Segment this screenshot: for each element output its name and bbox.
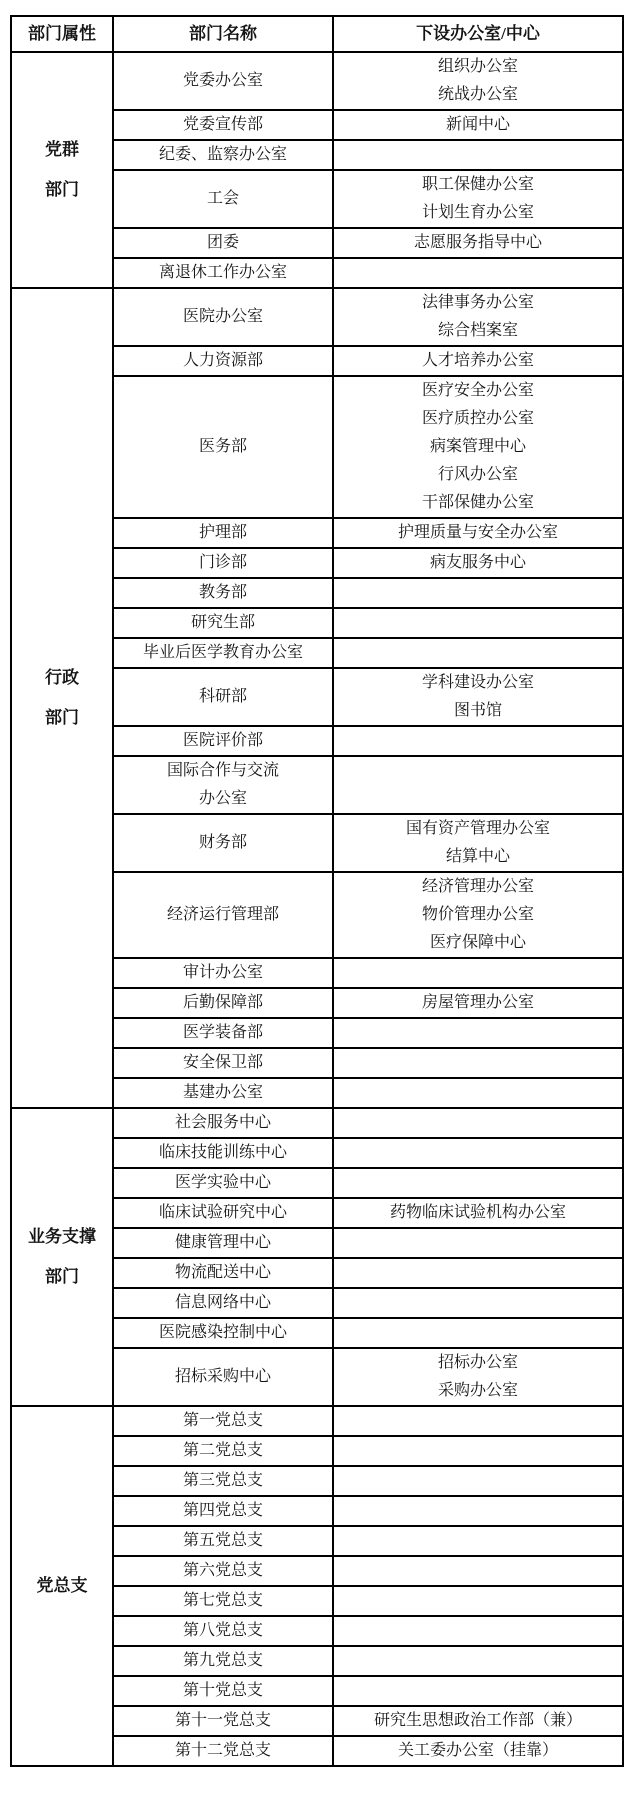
department-name-line: 办公室	[114, 785, 332, 813]
offices-cell	[333, 1466, 623, 1496]
department-name-line: 第二党总支	[114, 1437, 332, 1465]
department-name-cell: 医院评价部	[113, 726, 333, 756]
table-row: 业务支撑部门社会服务中心	[11, 1108, 623, 1138]
office-line: 统战办公室	[334, 81, 622, 109]
department-name-cell: 健康管理中心	[113, 1228, 333, 1258]
department-name-line: 研究生部	[114, 609, 332, 637]
offices-cell: 药物临床试验机构办公室	[333, 1198, 623, 1228]
department-name-line: 审计办公室	[114, 959, 332, 987]
section-attribute-cell: 党总支	[11, 1406, 113, 1766]
department-name-line: 护理部	[114, 519, 332, 547]
department-name-cell: 安全保卫部	[113, 1048, 333, 1078]
section-attribute-cell: 业务支撑部门	[11, 1108, 113, 1406]
offices-cell	[333, 1228, 623, 1258]
department-name-cell: 医学装备部	[113, 1018, 333, 1048]
offices-cell: 研究生思想政治工作部（兼）	[333, 1706, 623, 1736]
office-line: 综合档案室	[334, 317, 622, 345]
offices-cell: 职工保健办公室计划生育办公室	[333, 170, 623, 228]
offices-cell	[333, 1676, 623, 1706]
column-header-name: 部门名称	[113, 16, 333, 52]
department-name-line: 团委	[114, 229, 332, 257]
department-name-line: 招标采购中心	[114, 1363, 332, 1391]
office-line: 人才培养办公室	[334, 347, 622, 375]
department-name-line: 离退休工作办公室	[114, 259, 332, 287]
office-line: 经济管理办公室	[334, 873, 622, 901]
header-row: 部门属性 部门名称 下设办公室/中心	[11, 16, 623, 52]
department-name-line: 基建办公室	[114, 1079, 332, 1107]
offices-cell: 医疗安全办公室医疗质控办公室病案管理中心行风办公室干部保健办公室	[333, 376, 623, 518]
table-body: 党群部门党委办公室组织办公室统战办公室党委宣传部新闻中心纪委、监察办公室工会职工…	[11, 52, 623, 1766]
department-name-line: 信息网络中心	[114, 1289, 332, 1317]
department-name-line: 安全保卫部	[114, 1049, 332, 1077]
department-name-line: 工会	[114, 185, 332, 213]
offices-cell	[333, 1496, 623, 1526]
department-name-cell: 医学实验中心	[113, 1168, 333, 1198]
offices-cell: 新闻中心	[333, 110, 623, 140]
department-name-cell: 审计办公室	[113, 958, 333, 988]
office-line: 药物临床试验机构办公室	[334, 1199, 622, 1227]
offices-cell	[333, 1168, 623, 1198]
department-name-cell: 第八党总支	[113, 1616, 333, 1646]
section-attribute-line: 业务支撑	[12, 1217, 112, 1257]
offices-cell	[333, 140, 623, 170]
office-line: 护理质量与安全办公室	[334, 519, 622, 547]
offices-cell: 招标办公室采购办公室	[333, 1348, 623, 1406]
department-name-cell: 物流配送中心	[113, 1258, 333, 1288]
section-attribute-line: 党总支	[12, 1566, 112, 1606]
department-name-cell: 教务部	[113, 578, 333, 608]
office-line: 学科建设办公室	[334, 669, 622, 697]
table-row: 党总支第一党总支	[11, 1406, 623, 1436]
department-name-line: 教务部	[114, 579, 332, 607]
department-name-cell: 第五党总支	[113, 1526, 333, 1556]
section-attribute-line: 行政	[12, 658, 112, 698]
department-name-line: 物流配送中心	[114, 1259, 332, 1287]
offices-cell	[333, 1258, 623, 1288]
offices-cell	[333, 1288, 623, 1318]
department-name-cell: 第一党总支	[113, 1406, 333, 1436]
offices-cell	[333, 578, 623, 608]
offices-cell: 关工委办公室（挂靠）	[333, 1736, 623, 1766]
department-name-line: 第六党总支	[114, 1557, 332, 1585]
department-name-cell: 第三党总支	[113, 1466, 333, 1496]
office-line: 志愿服务指导中心	[334, 229, 622, 257]
offices-cell	[333, 608, 623, 638]
department-name-cell: 医院办公室	[113, 288, 333, 346]
offices-cell	[333, 1048, 623, 1078]
section-attribute-line: 部门	[12, 170, 112, 210]
department-name-line: 纪委、监察办公室	[114, 141, 332, 169]
column-header-offices: 下设办公室/中心	[333, 16, 623, 52]
offices-cell	[333, 1018, 623, 1048]
department-name-line: 人力资源部	[114, 347, 332, 375]
department-name-cell: 第六党总支	[113, 1556, 333, 1586]
department-name-line: 第三党总支	[114, 1467, 332, 1495]
offices-cell	[333, 1526, 623, 1556]
department-name-cell: 后勤保障部	[113, 988, 333, 1018]
department-name-cell: 招标采购中心	[113, 1348, 333, 1406]
office-line: 结算中心	[334, 843, 622, 871]
document-page: 部门属性 部门名称 下设办公室/中心 党群部门党委办公室组织办公室统战办公室党委…	[0, 0, 632, 1803]
department-name-cell: 临床技能训练中心	[113, 1138, 333, 1168]
department-name-line: 第一党总支	[114, 1407, 332, 1435]
offices-cell	[333, 1586, 623, 1616]
department-name-cell: 社会服务中心	[113, 1108, 333, 1138]
table-row: 党群部门党委办公室组织办公室统战办公室	[11, 52, 623, 110]
department-name-line: 第十党总支	[114, 1677, 332, 1705]
office-line: 行风办公室	[334, 461, 622, 489]
office-line: 病案管理中心	[334, 433, 622, 461]
department-name-cell: 第十二党总支	[113, 1736, 333, 1766]
office-line: 计划生育办公室	[334, 199, 622, 227]
offices-cell	[333, 756, 623, 814]
offices-cell	[333, 726, 623, 756]
department-name-cell: 医院感染控制中心	[113, 1318, 333, 1348]
department-name-line: 医院办公室	[114, 303, 332, 331]
office-line: 医疗保障中心	[334, 929, 622, 957]
section-attribute-line: 部门	[12, 698, 112, 738]
department-name-line: 门诊部	[114, 549, 332, 577]
department-name-line: 党委办公室	[114, 67, 332, 95]
department-name-line: 第四党总支	[114, 1497, 332, 1525]
department-name-cell: 医务部	[113, 376, 333, 518]
department-name-line: 第十二党总支	[114, 1737, 332, 1765]
department-name-line: 临床试验研究中心	[114, 1199, 332, 1227]
department-name-cell: 门诊部	[113, 548, 333, 578]
department-name-cell: 基建办公室	[113, 1078, 333, 1108]
department-name-cell: 信息网络中心	[113, 1288, 333, 1318]
office-line: 法律事务办公室	[334, 289, 622, 317]
offices-cell	[333, 1616, 623, 1646]
department-name-cell: 党委宣传部	[113, 110, 333, 140]
department-name-line: 健康管理中心	[114, 1229, 332, 1257]
office-line: 招标办公室	[334, 1349, 622, 1377]
department-name-cell: 党委办公室	[113, 52, 333, 110]
department-name-cell: 纪委、监察办公室	[113, 140, 333, 170]
office-line: 研究生思想政治工作部（兼）	[334, 1707, 622, 1735]
department-name-cell: 工会	[113, 170, 333, 228]
section-attribute-line: 部门	[12, 1257, 112, 1297]
department-name-cell: 人力资源部	[113, 346, 333, 376]
offices-cell	[333, 638, 623, 668]
department-name-line: 国际合作与交流	[114, 757, 332, 785]
department-name-cell: 第四党总支	[113, 1496, 333, 1526]
department-name-line: 医学装备部	[114, 1019, 332, 1047]
offices-cell	[333, 1436, 623, 1466]
department-name-cell: 护理部	[113, 518, 333, 548]
offices-cell: 志愿服务指导中心	[333, 228, 623, 258]
office-line: 新闻中心	[334, 111, 622, 139]
department-name-line: 科研部	[114, 683, 332, 711]
department-name-cell: 研究生部	[113, 608, 333, 638]
offices-cell: 学科建设办公室图书馆	[333, 668, 623, 726]
office-line: 医疗安全办公室	[334, 377, 622, 405]
office-line: 采购办公室	[334, 1377, 622, 1405]
department-name-line: 第十一党总支	[114, 1707, 332, 1735]
offices-cell: 护理质量与安全办公室	[333, 518, 623, 548]
offices-cell	[333, 958, 623, 988]
office-line: 图书馆	[334, 697, 622, 725]
department-name-line: 医院评价部	[114, 727, 332, 755]
office-line: 房屋管理办公室	[334, 989, 622, 1017]
department-name-cell: 科研部	[113, 668, 333, 726]
department-name-line: 临床技能训练中心	[114, 1139, 332, 1167]
office-line: 干部保健办公室	[334, 489, 622, 517]
department-name-cell: 第十一党总支	[113, 1706, 333, 1736]
office-line: 国有资产管理办公室	[334, 815, 622, 843]
department-name-line: 后勤保障部	[114, 989, 332, 1017]
offices-cell	[333, 1318, 623, 1348]
offices-cell: 法律事务办公室综合档案室	[333, 288, 623, 346]
department-name-line: 第九党总支	[114, 1647, 332, 1675]
department-name-line: 医院感染控制中心	[114, 1319, 332, 1347]
department-name-cell: 毕业后医学教育办公室	[113, 638, 333, 668]
department-name-line: 党委宣传部	[114, 111, 332, 139]
table-header: 部门属性 部门名称 下设办公室/中心	[11, 16, 623, 52]
column-header-attribute: 部门属性	[11, 16, 113, 52]
office-line: 物价管理办公室	[334, 901, 622, 929]
offices-cell	[333, 1556, 623, 1586]
department-name-line: 经济运行管理部	[114, 901, 332, 929]
department-name-cell: 国际合作与交流办公室	[113, 756, 333, 814]
department-name-cell: 离退休工作办公室	[113, 258, 333, 288]
department-name-line: 第五党总支	[114, 1527, 332, 1555]
offices-cell: 组织办公室统战办公室	[333, 52, 623, 110]
section-attribute-cell: 党群部门	[11, 52, 113, 288]
department-structure-table: 部门属性 部门名称 下设办公室/中心 党群部门党委办公室组织办公室统战办公室党委…	[10, 15, 624, 1767]
office-line: 病友服务中心	[334, 549, 622, 577]
department-name-cell: 第十党总支	[113, 1676, 333, 1706]
offices-cell	[333, 1138, 623, 1168]
section-attribute-cell: 行政部门	[11, 288, 113, 1108]
offices-cell	[333, 1078, 623, 1108]
office-line: 医疗质控办公室	[334, 405, 622, 433]
office-line: 职工保健办公室	[334, 171, 622, 199]
department-name-cell: 团委	[113, 228, 333, 258]
department-name-cell: 经济运行管理部	[113, 872, 333, 958]
section-attribute-line: 党群	[12, 130, 112, 170]
department-name-cell: 第七党总支	[113, 1586, 333, 1616]
department-name-cell: 财务部	[113, 814, 333, 872]
offices-cell: 经济管理办公室物价管理办公室医疗保障中心	[333, 872, 623, 958]
department-name-line: 第七党总支	[114, 1587, 332, 1615]
office-line: 关工委办公室（挂靠）	[334, 1737, 622, 1765]
department-name-cell: 第九党总支	[113, 1646, 333, 1676]
offices-cell: 房屋管理办公室	[333, 988, 623, 1018]
offices-cell	[333, 258, 623, 288]
offices-cell: 人才培养办公室	[333, 346, 623, 376]
department-name-line: 毕业后医学教育办公室	[114, 639, 332, 667]
offices-cell	[333, 1108, 623, 1138]
offices-cell: 病友服务中心	[333, 548, 623, 578]
department-name-cell: 临床试验研究中心	[113, 1198, 333, 1228]
department-name-line: 财务部	[114, 829, 332, 857]
department-name-line: 第八党总支	[114, 1617, 332, 1645]
table-row: 行政部门医院办公室法律事务办公室综合档案室	[11, 288, 623, 346]
office-line: 组织办公室	[334, 53, 622, 81]
offices-cell	[333, 1406, 623, 1436]
department-name-cell: 第二党总支	[113, 1436, 333, 1466]
department-name-line: 社会服务中心	[114, 1109, 332, 1137]
offices-cell: 国有资产管理办公室结算中心	[333, 814, 623, 872]
offices-cell	[333, 1646, 623, 1676]
department-name-line: 医务部	[114, 433, 332, 461]
department-name-line: 医学实验中心	[114, 1169, 332, 1197]
